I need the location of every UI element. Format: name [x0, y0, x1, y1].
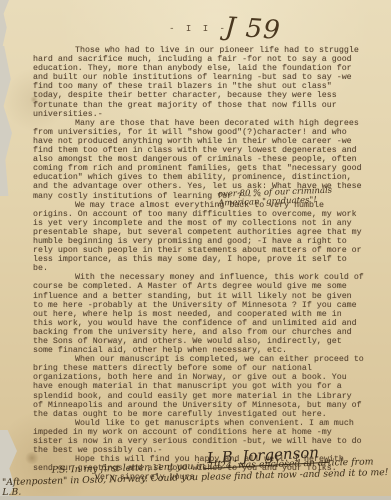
letter-paragraph-with-annotation: Many are those that have been decorated … [33, 119, 364, 201]
letter-paragraph: Those who had to live in our pioneer lif… [33, 46, 364, 119]
page-header: - I I - J 59 [33, 24, 364, 34]
letter-paragraph: With the necessary money and influence, … [33, 273, 364, 355]
letter-paragraph: We may trace almost everything back to v… [33, 201, 364, 274]
letter-page: - I I - J 59 Those who had to live in ou… [0, 0, 391, 500]
letter-body: Those who had to live in our pioneer lif… [33, 46, 364, 483]
torn-edge [0, 0, 9, 46]
handwritten-page-mark: J 59 [224, 12, 282, 46]
letter-paragraph: When our manuscript is completed, we can… [33, 355, 364, 419]
torn-edge [0, 46, 12, 196]
page-number: - I I - [169, 24, 228, 34]
